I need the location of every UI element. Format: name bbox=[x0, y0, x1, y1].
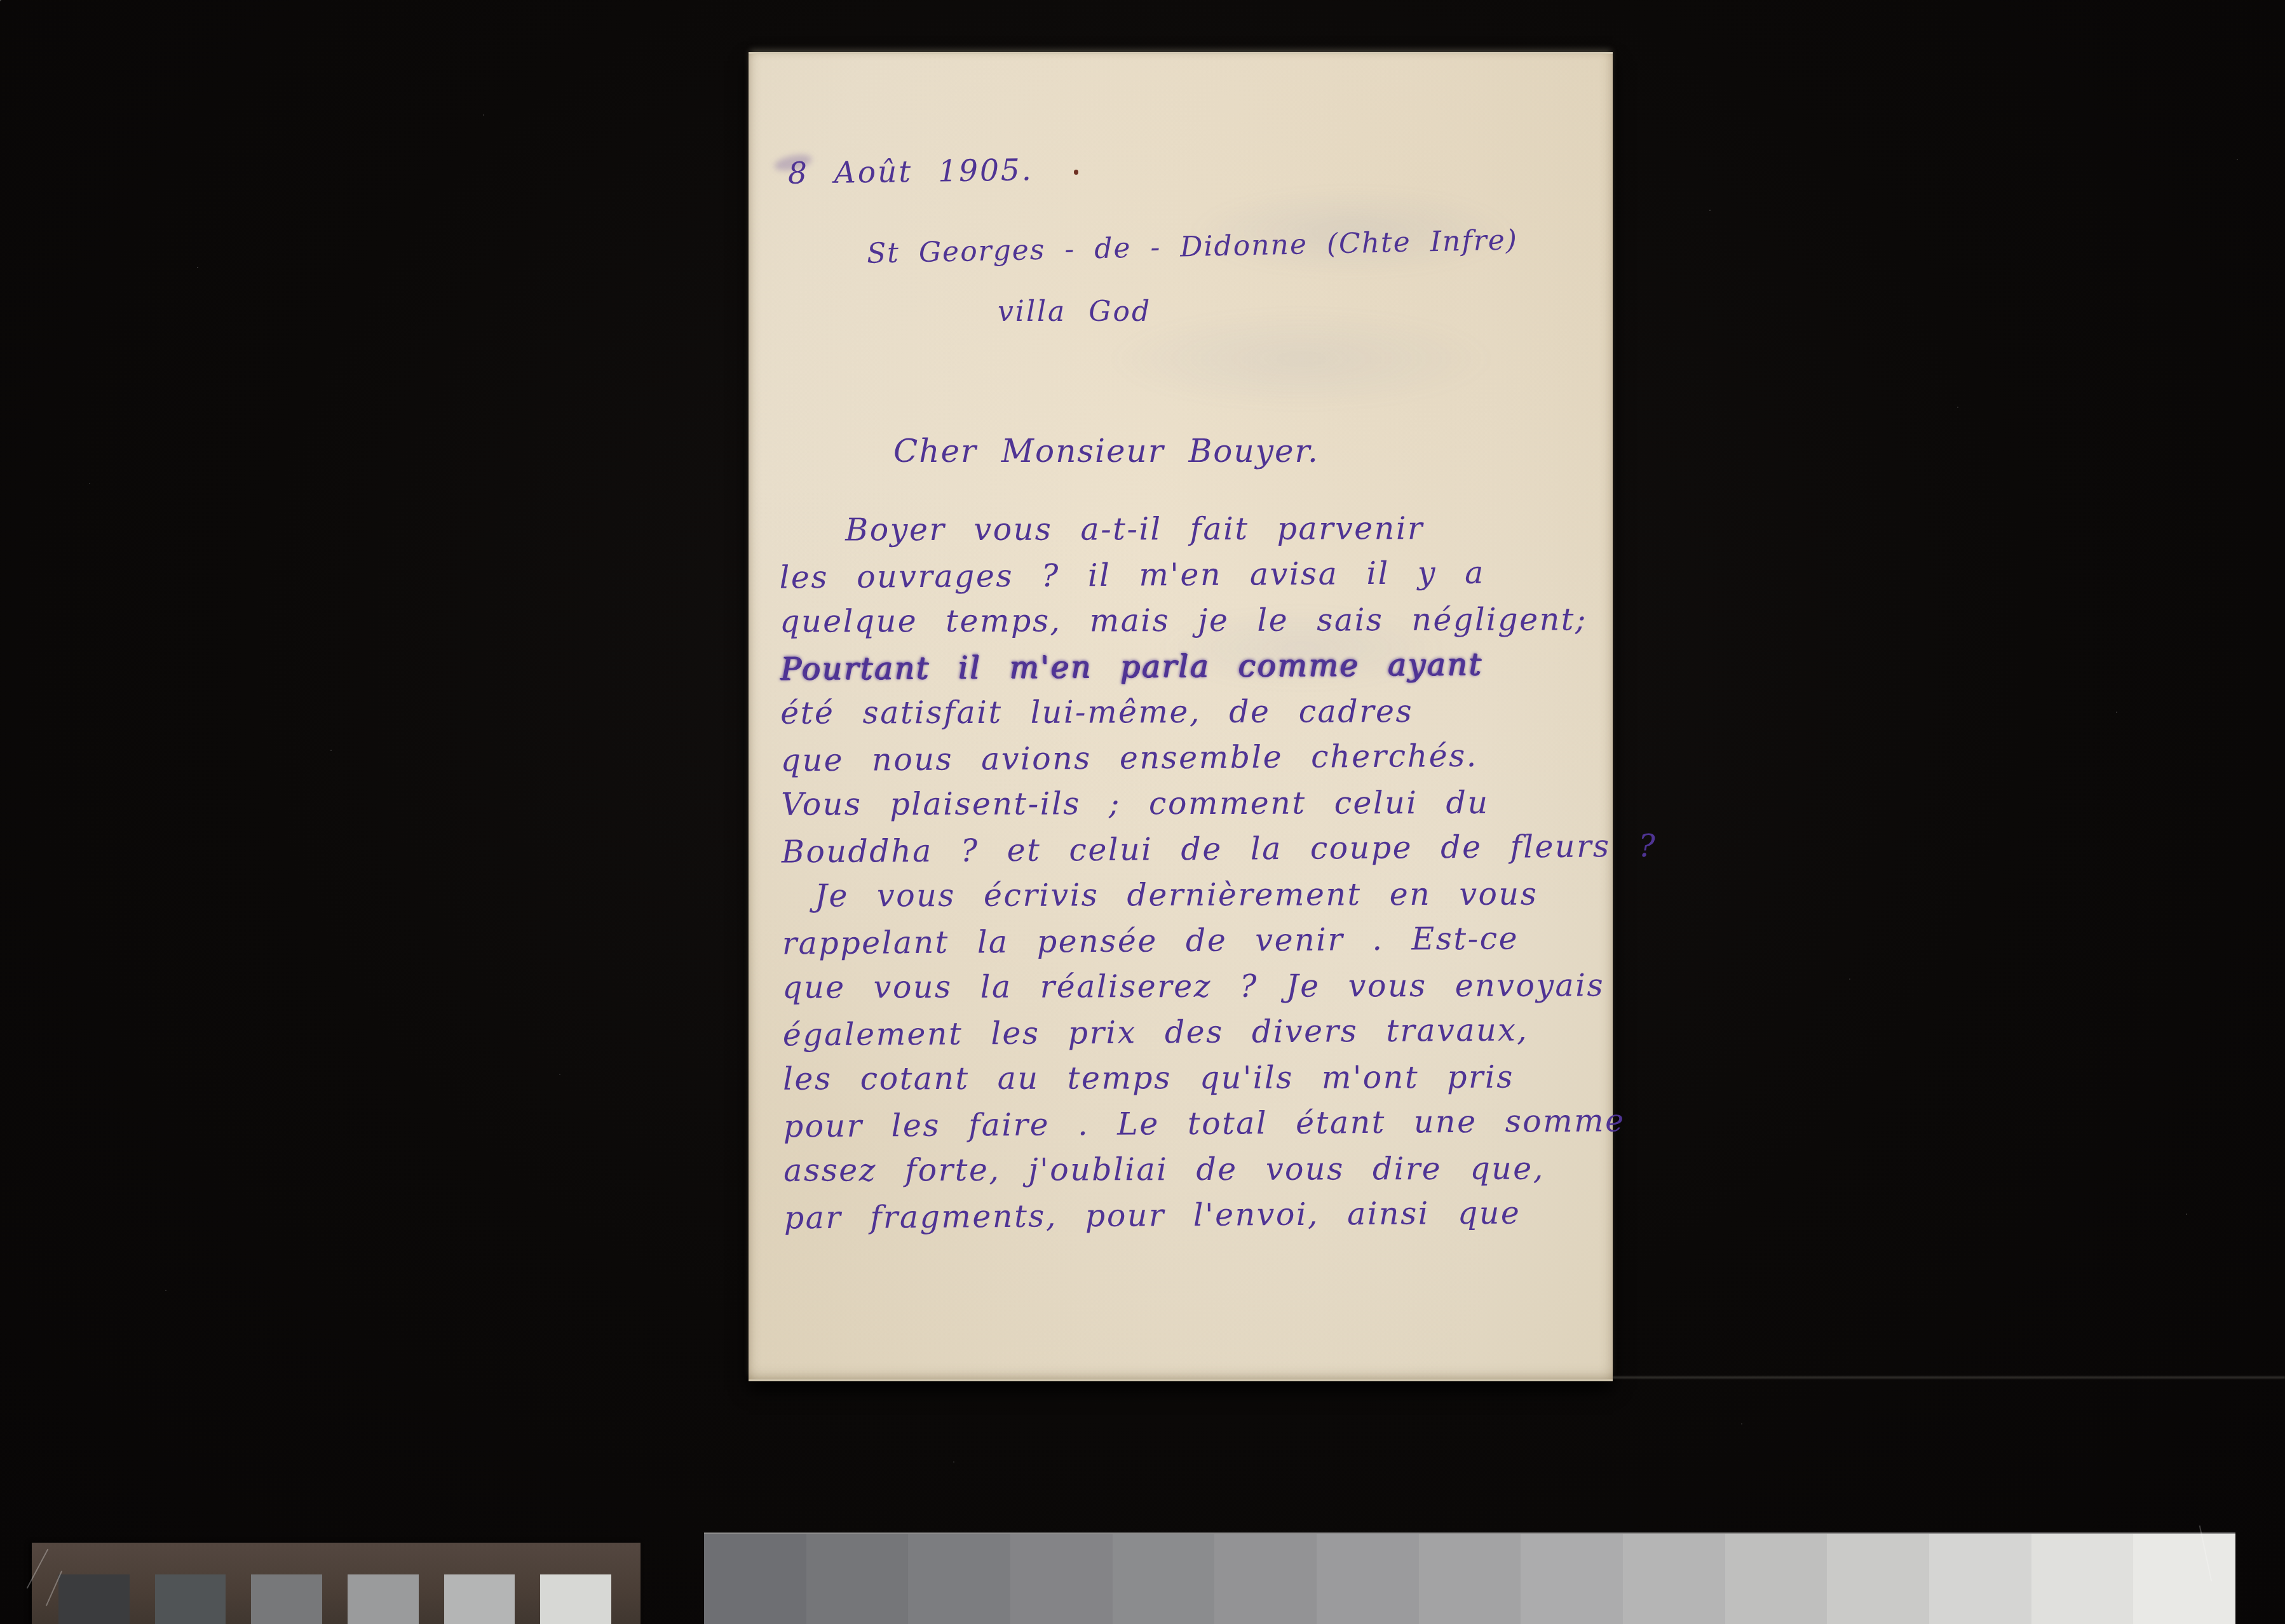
wedge-step bbox=[1929, 1534, 2031, 1624]
gray-patch bbox=[155, 1574, 226, 1624]
wedge-step bbox=[1623, 1534, 1725, 1624]
wedge-step bbox=[2031, 1534, 2134, 1624]
letter-line: assez forte, j'oubliai de vous dire que, bbox=[783, 1146, 1610, 1193]
photo-backdrop: 8 Août 1905. St Georges - de - Didonne (… bbox=[0, 0, 2285, 1624]
letter-line: également les prix des divers travaux, bbox=[783, 1006, 1609, 1058]
letter-villa: villa God bbox=[998, 295, 1151, 328]
letter-line: que vous la réaliserez ? Je vous envoyai… bbox=[782, 963, 1608, 1010]
wedge-step bbox=[1419, 1534, 1521, 1624]
ink-bleedthrough bbox=[1104, 308, 1498, 410]
wedge-step bbox=[806, 1534, 909, 1624]
backdrop-seam-line bbox=[1613, 1376, 2285, 1379]
gray-patch bbox=[540, 1574, 611, 1624]
letter-line: les ouvrages ? il m'en avisa il y a bbox=[779, 549, 1605, 600]
gray-patch bbox=[444, 1574, 515, 1624]
letter-line: pour les faire . Le total étant une somm… bbox=[783, 1098, 1610, 1149]
letter-salutation: Cher Monsieur Bouyer. bbox=[893, 433, 1319, 470]
letter-line: les cotant au temps qu'ils m'ont pris bbox=[783, 1054, 1609, 1102]
letter-line: Pourtant il m'en parla comme ayant bbox=[780, 640, 1606, 692]
letter-line: Boyer vous a-t-il fait parvenir bbox=[779, 505, 1605, 553]
wedge-step bbox=[1827, 1534, 1929, 1624]
dust-specks bbox=[0, 0, 1, 1]
wedge-step bbox=[1725, 1534, 1827, 1624]
letter-line: rappelant la pensée de venir . Est-ce bbox=[782, 915, 1608, 966]
letter-line: été satisfait lui-même, de cadres bbox=[780, 688, 1606, 736]
gray-patch bbox=[58, 1574, 130, 1624]
letter-line: que nous avions ensemble cherchés. bbox=[781, 732, 1607, 783]
gray-patch bbox=[348, 1574, 419, 1624]
wedge-step bbox=[1521, 1534, 1623, 1624]
wedge-step bbox=[1113, 1534, 1215, 1624]
letter-line: Vous plaisent-ils ; comment celui du bbox=[781, 780, 1607, 827]
wedge-step bbox=[1317, 1534, 1419, 1624]
gray-card-patches bbox=[58, 1574, 611, 1624]
letter-date: 8 Août 1905. bbox=[788, 152, 1033, 191]
wedge-step bbox=[704, 1534, 806, 1624]
wedge-step bbox=[1214, 1534, 1317, 1624]
letter-page: 8 Août 1905. St Georges - de - Didonne (… bbox=[749, 52, 1613, 1381]
grayscale-wedge bbox=[704, 1533, 2235, 1624]
gray-patch bbox=[251, 1574, 322, 1624]
letter-line: Je vous écrivis dernièrement en vous bbox=[782, 871, 1608, 919]
wedge-step bbox=[1010, 1534, 1113, 1624]
letter-line: quelque temps, mais je le sais négligent… bbox=[780, 597, 1606, 644]
wedge-step bbox=[2133, 1534, 2235, 1624]
letter-line: Bouddha ? et celui de la coupe de fleurs… bbox=[782, 823, 1608, 875]
letter-line: par fragments, pour l'envoi, ainsi que bbox=[784, 1189, 1610, 1241]
wedge-step bbox=[908, 1534, 1010, 1624]
paper-speck bbox=[1074, 170, 1078, 175]
letter-body: Boyer vous a-t-il fait parvenir les ouvr… bbox=[779, 503, 1610, 1241]
grayscale-card bbox=[32, 1543, 641, 1624]
